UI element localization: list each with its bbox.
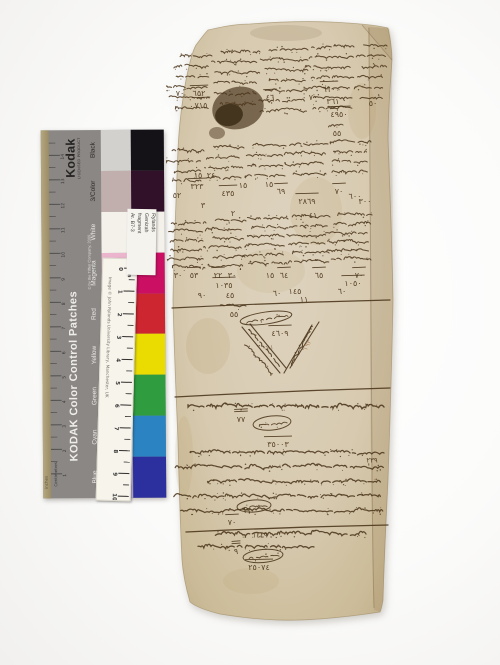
script-dot xyxy=(362,144,363,145)
script-dot xyxy=(320,162,321,163)
script-dot xyxy=(254,514,255,515)
script-dot xyxy=(356,507,357,508)
numeral-text: ٦٩ xyxy=(242,506,251,515)
script-dot xyxy=(229,241,230,242)
script-dot xyxy=(281,469,282,470)
numeral-overline xyxy=(341,275,364,276)
numeral-text: ٢٣٩ xyxy=(366,456,378,464)
script-dot xyxy=(357,536,358,537)
svg-text:13: 13 xyxy=(60,178,66,184)
numeral-overline xyxy=(211,267,225,268)
script-dot xyxy=(345,173,346,174)
script-dot xyxy=(336,229,337,230)
script-dot xyxy=(198,152,199,153)
script-dot xyxy=(309,450,310,451)
script-dot xyxy=(229,485,230,486)
numeral-annotation: ٦٠ xyxy=(338,287,347,296)
svg-text:4: 4 xyxy=(114,358,120,362)
numeral-annotation: ٢٤ xyxy=(207,171,216,180)
fragment-label-line: Ar. B7-3 xyxy=(127,213,135,273)
script-dot xyxy=(304,484,305,485)
cm-ruler-scale: 012345678910cmImage © John Rylands Unive… xyxy=(97,259,137,501)
script-dot xyxy=(228,161,229,162)
script-dot xyxy=(217,493,218,494)
script-dot xyxy=(284,404,285,405)
script-dot xyxy=(183,224,184,225)
script-dot xyxy=(310,480,311,481)
numeral-annotation: ١٥ xyxy=(239,181,248,190)
script-dot xyxy=(320,70,321,71)
numeral-text: ٣٥٠٠٣ xyxy=(267,440,289,449)
fragment-label-line: Genizah xyxy=(141,213,149,273)
script-dot xyxy=(186,69,187,70)
script-dot xyxy=(318,48,319,49)
script-dot xyxy=(328,68,329,69)
numeral-annotation: ٤٥ xyxy=(226,291,235,300)
script-dot xyxy=(371,54,372,55)
script-dot xyxy=(187,498,188,499)
script-dot xyxy=(181,183,182,184)
script-dot xyxy=(313,254,314,255)
patch-cyan-full xyxy=(133,416,166,457)
script-dot xyxy=(282,252,283,253)
script-dot xyxy=(281,46,282,47)
script-dot xyxy=(266,73,267,74)
script-dot xyxy=(282,168,283,169)
script-dot xyxy=(338,410,339,411)
script-dot xyxy=(328,508,329,509)
script-dot xyxy=(275,83,276,84)
script-dot xyxy=(224,228,225,229)
script-dot xyxy=(229,479,230,480)
script-dot xyxy=(323,498,324,499)
patch-label-3color: 3/Color xyxy=(91,181,98,202)
svg-text:Image © John Rylands Universit: Image © John Rylands University Library,… xyxy=(104,277,112,398)
script-dot xyxy=(269,470,271,472)
script-dot xyxy=(302,78,303,79)
script-dot xyxy=(289,97,291,99)
script-dot xyxy=(256,143,257,144)
script-dot xyxy=(226,59,227,60)
script-dot xyxy=(301,404,302,405)
numeral-annotation: ١٤٤٩ xyxy=(252,531,267,539)
script-dot xyxy=(310,231,311,232)
numeral-text: ٥٢ xyxy=(173,191,182,200)
script-dot xyxy=(245,548,246,549)
script-dot xyxy=(264,108,265,109)
script-dot xyxy=(327,513,328,514)
script-dot xyxy=(213,479,214,480)
numeral-overline xyxy=(274,183,288,184)
script-dot xyxy=(357,403,358,404)
numeral-text: ٦٤ xyxy=(280,271,289,280)
script-dot xyxy=(343,484,344,485)
script-dot xyxy=(286,485,287,486)
script-dot xyxy=(243,537,244,538)
script-dot xyxy=(210,166,211,167)
script-dot xyxy=(224,241,225,242)
numeral-overline xyxy=(225,514,239,515)
numeral-text: ١٥ xyxy=(265,180,274,189)
numeral-overline xyxy=(234,411,248,412)
svg-text:11: 11 xyxy=(60,227,66,233)
script-dot xyxy=(201,454,202,455)
script-dot xyxy=(217,483,218,484)
numeral-text: ١٥ xyxy=(239,181,248,190)
script-dot xyxy=(302,259,303,260)
numeral-text: ٢٥٠٧٤ xyxy=(248,563,269,572)
script-dot xyxy=(241,492,242,493)
numeral-text: ٥٠ xyxy=(369,99,378,108)
numeral-text: ٣٠ xyxy=(174,271,183,280)
script-dot xyxy=(283,148,284,149)
script-dot xyxy=(245,463,247,465)
script-dot xyxy=(282,410,283,411)
script-dot xyxy=(317,177,318,178)
numeral-text: ٣٦١ xyxy=(327,97,340,106)
script-dot xyxy=(270,536,271,537)
script-dot xyxy=(320,170,321,171)
script-dot xyxy=(325,70,326,71)
numeral-annotation: ٣٠ xyxy=(228,271,237,280)
script-dot xyxy=(344,100,345,101)
numeral-overline xyxy=(187,267,201,268)
script-dot xyxy=(351,155,352,156)
script-dot xyxy=(246,249,247,250)
script-dot xyxy=(376,479,377,480)
numeral-text: ٥٥ xyxy=(333,129,342,138)
numeral-text: ٩ xyxy=(234,547,238,556)
script-dot xyxy=(301,246,302,247)
script-dot xyxy=(276,498,277,499)
photo-canvas: 1234567891011121314Centimetresinches Kod… xyxy=(0,0,500,665)
script-dot xyxy=(286,216,287,217)
script-dot xyxy=(190,99,191,100)
script-dot xyxy=(330,493,331,494)
script-dot xyxy=(271,102,272,103)
script-dot xyxy=(336,127,337,128)
script-dot xyxy=(286,78,287,79)
numeral-annotation: ١١ xyxy=(300,295,309,304)
script-dot xyxy=(226,224,227,225)
script-dot xyxy=(239,86,240,87)
script-dot xyxy=(316,90,317,91)
script-dot xyxy=(326,70,327,71)
script-dot xyxy=(301,465,302,466)
numeral-text: ٦٠ xyxy=(338,287,347,296)
script-dot xyxy=(345,485,346,486)
numeral-overline xyxy=(277,267,291,268)
numeral-annotation: ٨١ xyxy=(267,343,274,351)
stain xyxy=(186,318,230,374)
script-dot xyxy=(252,101,253,102)
script-dot xyxy=(218,154,220,156)
script-dot xyxy=(354,261,355,262)
script-dot xyxy=(184,94,185,95)
script-dot xyxy=(166,157,167,158)
svg-text:3: 3 xyxy=(115,335,121,339)
script-dot xyxy=(240,269,241,270)
script-dot xyxy=(223,498,224,499)
script-dot xyxy=(296,219,297,220)
script-dot xyxy=(183,148,184,149)
patch-label-white: White xyxy=(91,224,98,241)
script-dot xyxy=(316,469,317,470)
numeral-overline xyxy=(192,97,210,98)
script-dot xyxy=(376,405,377,406)
strip-title: KODAK Color Control Patches xyxy=(68,291,80,461)
script-dot xyxy=(178,163,179,164)
numeral-overline xyxy=(245,559,273,560)
script-dot xyxy=(245,80,246,81)
svg-text:5: 5 xyxy=(114,381,120,385)
script-dot xyxy=(229,144,230,145)
numeral-text: ٧١٥ xyxy=(195,101,208,110)
script-dot xyxy=(250,215,251,216)
script-dot xyxy=(316,140,317,141)
numeral-annotation: ٣ xyxy=(201,201,206,210)
script-dot xyxy=(177,252,178,253)
numeral-text: ٣٠٠ xyxy=(359,197,372,206)
script-dot xyxy=(217,449,218,450)
script-dot xyxy=(285,549,286,550)
script-dot xyxy=(368,465,369,466)
script-dot xyxy=(278,544,279,545)
script-dot xyxy=(380,513,381,514)
script-dot xyxy=(319,111,320,112)
script-dot xyxy=(235,64,236,65)
script-dot xyxy=(351,249,352,250)
script-dot xyxy=(336,449,337,450)
fragment-label-line: Rylands xyxy=(148,213,156,273)
script-dot xyxy=(175,69,176,70)
svg-text:9: 9 xyxy=(111,472,117,476)
script-dot xyxy=(369,404,370,405)
script-dot xyxy=(255,178,256,179)
script-dot xyxy=(313,69,314,70)
script-dot xyxy=(332,409,333,410)
script-dot xyxy=(223,483,224,484)
numeral-annotation: ٧٠ xyxy=(176,89,185,98)
script-dot xyxy=(364,537,365,538)
script-dot xyxy=(169,255,170,256)
svg-text:9: 9 xyxy=(61,278,67,281)
script-dot xyxy=(240,58,241,59)
script-dot xyxy=(306,142,307,143)
script-dot xyxy=(174,229,175,230)
script-dot xyxy=(344,212,345,213)
script-dot xyxy=(186,237,187,238)
numeral-annotation: ٣٠ xyxy=(174,271,183,280)
script-dot xyxy=(324,455,325,456)
script-dot xyxy=(230,233,231,234)
script-dot xyxy=(262,224,263,225)
script-dot xyxy=(236,250,237,251)
script-dot xyxy=(180,79,181,80)
script-dot xyxy=(276,494,277,495)
script-dot xyxy=(231,50,233,52)
script-dot xyxy=(338,153,339,154)
numeral-annotation: ٧٠ xyxy=(309,93,318,102)
numeral-text: ٧٠ xyxy=(176,89,185,98)
script-dot xyxy=(250,54,251,55)
numeral-overline xyxy=(232,543,241,544)
script-dot xyxy=(191,54,192,55)
script-dot xyxy=(260,159,261,160)
numeral-annotation: ٥٥ xyxy=(333,129,342,138)
svg-text:10: 10 xyxy=(61,252,67,258)
patch-3color-full xyxy=(131,170,164,211)
script-dot xyxy=(351,231,352,232)
script-dot xyxy=(234,179,235,180)
script-dot xyxy=(310,228,311,229)
script-dot xyxy=(349,513,350,514)
script-dot xyxy=(284,410,285,411)
script-dot xyxy=(194,220,195,221)
script-dot xyxy=(335,244,336,245)
script-dot xyxy=(197,237,198,238)
script-dot xyxy=(331,494,332,495)
script-dot xyxy=(265,231,266,232)
script-dot xyxy=(311,151,312,152)
numeral-overline xyxy=(264,436,292,437)
script-dot xyxy=(225,499,226,500)
script-dot xyxy=(257,177,258,178)
script-dot xyxy=(304,73,305,74)
script-dot xyxy=(342,470,343,471)
script-dot xyxy=(273,493,274,494)
script-dot xyxy=(227,74,228,75)
script-dot xyxy=(271,238,272,239)
script-dot xyxy=(184,89,185,90)
numeral-text: ٣٢٣ xyxy=(191,182,205,191)
script-dot xyxy=(191,514,192,515)
script-dot xyxy=(300,57,301,58)
script-dot xyxy=(269,508,270,509)
script-dot xyxy=(204,498,205,499)
script-dot xyxy=(283,455,284,456)
numeral-overline xyxy=(320,81,338,82)
script-dot xyxy=(265,265,266,266)
patch-red-full xyxy=(132,293,165,334)
script-dot xyxy=(286,113,288,115)
script-dot xyxy=(206,53,207,54)
script-dot xyxy=(272,465,273,466)
manuscript-fragment: ٧٠٦٥٢٧١٥٤٦٦١٠٧٠٣٦١٤٩٥٠٥٥٥٠١٥٢٤٣٢٣٥٢٣١٥٤٣… xyxy=(166,16,398,644)
numeral-overline xyxy=(332,183,346,184)
script-dot xyxy=(351,258,352,259)
patch-black-tint xyxy=(101,130,131,171)
script-dot xyxy=(362,173,363,174)
script-dot xyxy=(366,258,367,259)
script-dot xyxy=(348,455,349,456)
script-dot xyxy=(207,250,208,251)
script-dot xyxy=(293,161,294,162)
script-dot xyxy=(259,53,260,54)
script-dot xyxy=(217,531,218,532)
script-dot xyxy=(209,483,210,484)
script-dot xyxy=(344,465,345,466)
script-dot xyxy=(276,215,277,216)
script-dot xyxy=(270,57,271,58)
script-dot xyxy=(246,76,247,77)
script-dot xyxy=(226,49,227,50)
script-dot xyxy=(241,259,242,260)
script-dot xyxy=(272,238,273,239)
script-dot xyxy=(257,498,258,499)
numeral-annotation: ٥٠ xyxy=(369,99,378,108)
script-dot xyxy=(253,235,254,236)
svg-text:12: 12 xyxy=(60,203,66,209)
stain xyxy=(348,83,376,139)
script-dot xyxy=(372,58,373,59)
script-dot xyxy=(188,158,189,159)
script-dot xyxy=(253,163,254,164)
script-dot xyxy=(375,479,376,480)
fragment-label-text: Rylands Genizah fragment Ar. B7-3 xyxy=(127,211,155,273)
script-dot xyxy=(231,155,232,156)
patch-3color-tint xyxy=(101,171,131,212)
script-dot xyxy=(264,257,265,258)
svg-text:6: 6 xyxy=(61,351,67,354)
script-dot xyxy=(327,110,328,111)
svg-text:inches: inches xyxy=(44,476,49,489)
script-dot xyxy=(238,70,239,71)
script-dot xyxy=(181,234,182,235)
script-dot xyxy=(378,465,379,466)
script-dot xyxy=(253,148,254,149)
script-dot xyxy=(315,259,316,260)
stain xyxy=(209,127,225,139)
script-dot xyxy=(218,514,219,515)
numeral-overline xyxy=(312,267,326,268)
script-dot xyxy=(341,494,342,495)
numeral-overline xyxy=(212,277,235,278)
script-dot xyxy=(296,52,297,53)
script-dot xyxy=(359,144,360,145)
script-dot xyxy=(365,403,366,404)
numeral-text: ٤٦٠٩ xyxy=(271,329,288,338)
script-dot xyxy=(338,158,339,159)
script-dot xyxy=(227,169,228,170)
script-dot xyxy=(316,237,317,238)
script-dot xyxy=(266,154,267,155)
script-dot xyxy=(178,246,180,248)
numeral-overline xyxy=(234,409,248,410)
fragment-label-line: fragment xyxy=(134,213,142,273)
script-dot xyxy=(212,513,213,514)
patch-label-magenta: Magenta xyxy=(91,260,98,285)
script-dot xyxy=(341,254,342,255)
script-dot xyxy=(250,261,252,263)
script-dot xyxy=(362,455,363,456)
script-dot xyxy=(235,236,236,237)
script-dot xyxy=(299,246,300,247)
script-dot xyxy=(346,53,347,54)
script-dot xyxy=(304,93,305,94)
script-dot xyxy=(377,470,378,471)
script-dot xyxy=(259,251,260,252)
script-dot xyxy=(381,74,382,75)
script-dot xyxy=(305,214,306,215)
script-dot xyxy=(358,244,359,245)
script-dot xyxy=(261,235,262,236)
script-dot xyxy=(214,500,215,501)
script-dot xyxy=(252,91,253,92)
script-dot xyxy=(169,90,170,91)
script-dot xyxy=(225,403,226,404)
script-dot xyxy=(279,513,280,514)
